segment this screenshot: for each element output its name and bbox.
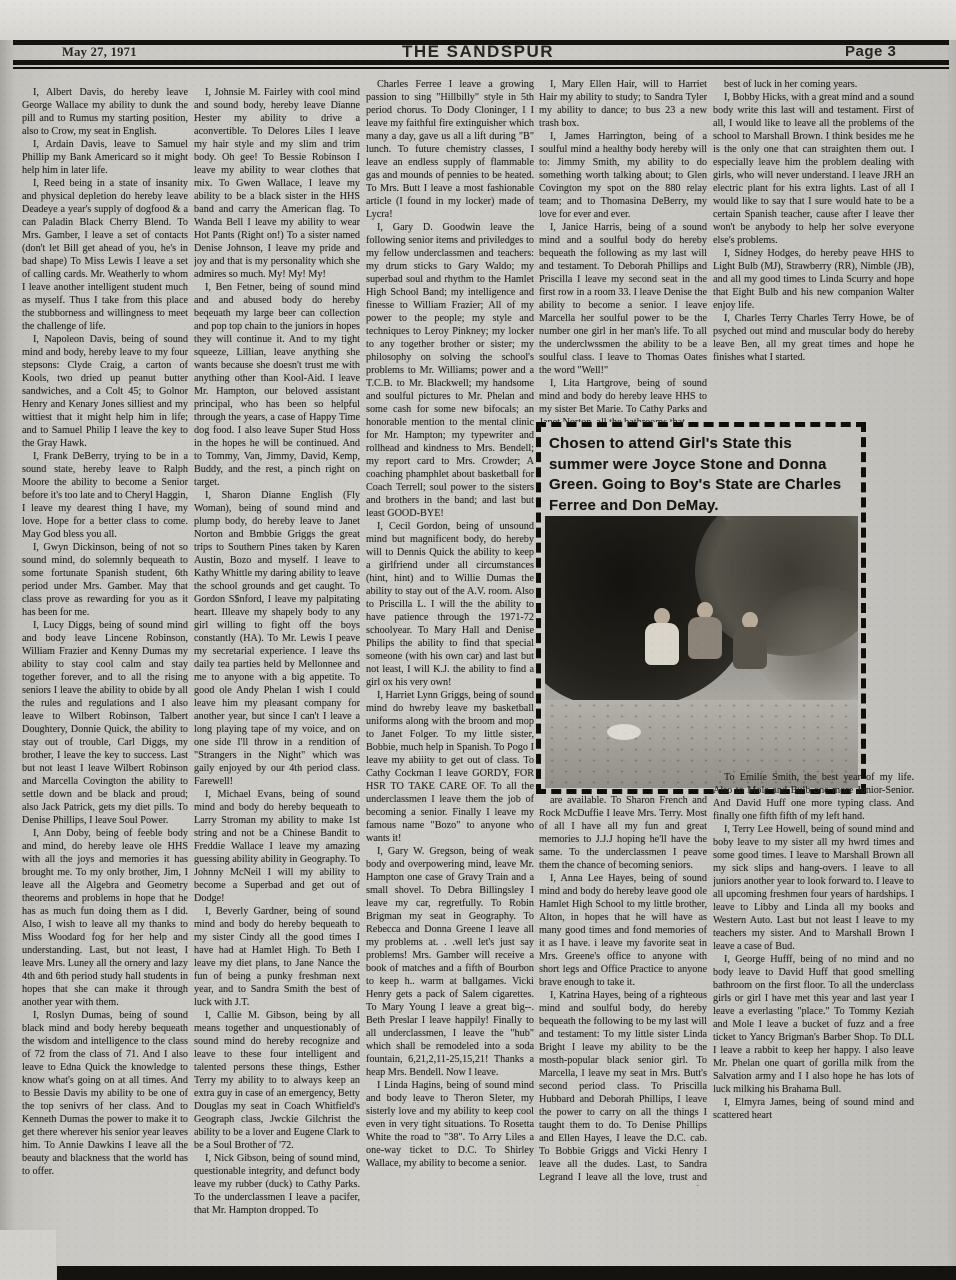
will-paragraph: I, Nick Gibson, being of sound mind, que… [194,1152,360,1217]
will-paragraph: I, Michael Evans, being of sound mind an… [194,788,360,905]
photo-person-1 [645,608,679,665]
scan-bottom-bar [57,1266,956,1280]
masthead: THE SANDSPUR [0,42,956,62]
will-paragraph: I, Lucy Diggs, being of sound mind and b… [22,619,188,827]
will-paragraph: I, Sidney Hodges, do hereby peave HHS to… [713,247,914,312]
photo-students-outdoors [545,516,858,788]
will-paragraph: I, George Hufff, being of no mind and no… [713,953,914,1096]
will-paragraph: I, Ardain Davis, leave to Samuel Phillip… [22,138,188,177]
will-paragraph: I, Lita Hartgrove, being of sound mind a… [539,377,707,422]
column-2-senior-wills: I, Johnsie M. Fairley with cool mind and… [194,86,360,1244]
column-3-senior-wills: Charles Ferree I leave a growing passion… [366,78,534,1228]
column-5-top-senior-wills: best of luck in her coming years.I, Bobb… [713,78,914,422]
photo-person-3 [733,612,767,669]
photo-caption: Chosen to attend Girl's State this summe… [541,427,861,516]
will-paragraph: I, Roslyn Dumas, being of sound black mi… [22,1009,188,1178]
will-paragraph: I, Gary D. Goodwin leave the following s… [366,221,534,520]
photo-person-3-torso [733,627,767,669]
will-paragraph: I Linda Hagins, being of sound mind and … [366,1079,534,1170]
will-paragraph: I, Frank DeBerry, trying to be in a soun… [22,450,188,541]
divider-rule-mid [13,60,949,65]
will-paragraph: I, Katrina Hayes, being of a righteous m… [539,989,707,1186]
column-4-top-senior-wills: I, Mary Ellen Hair, will to Harriet Hair… [539,78,707,422]
column-5-bottom-senior-wills: To Emilie Smith, the best year of my lif… [713,771,914,1253]
will-paragraph: I, Ann Doby, being of feeble body and mi… [22,827,188,1009]
will-paragraph: I, Charles Terry Charles Terry Howe, be … [713,312,914,364]
scan-top-margin [0,0,956,40]
will-paragraph: Charles Ferree I leave a growing passion… [366,78,534,221]
will-paragraph: I, James Harrington, being of a soulful … [539,130,707,221]
will-paragraph: To Emilie Smith, the best year of my lif… [713,771,914,823]
will-paragraph: I, Ben Fetner, being of sound mind and a… [194,281,360,489]
will-paragraph: I, Harriet Lynn Griggs, being of sound m… [366,689,534,845]
will-paragraph: I, Johnsie M. Fairley with cool mind and… [194,86,360,281]
will-paragraph: I, Cecil Gordon, being of unsound mind b… [366,520,534,689]
will-paragraph: I, Napoleon Davis, being of sound mind a… [22,333,188,450]
will-paragraph: I, Anna Lee Hayes, being of sound mind a… [539,872,707,989]
photo-person-1-torso [645,623,679,665]
will-paragraph: are available. To Sharon French and Rock… [539,794,707,872]
page-number: Page 3 [845,43,896,60]
will-paragraph: I, Albert Davis, do hereby leave George … [22,86,188,138]
divider-rule-thin [13,67,949,69]
will-paragraph: I, Callie M. Gibson, being by all means … [194,1009,360,1152]
will-paragraph: I, Beverly Gardner, being of sound mind … [194,905,360,1009]
will-paragraph: I, Elmyra James, being of sound mind and… [713,1096,914,1122]
photo-bright-spot [607,724,641,740]
will-paragraph: best of luck in her coming years. [713,78,914,91]
photo-person-2 [688,602,722,659]
will-paragraph: I, Gary W. Gregson, being of weak body a… [366,845,534,1079]
will-paragraph: I, Terry Lee Howell, being of sound mind… [713,823,914,953]
will-paragraph: I, Janice Harris, being of a sound mind … [539,221,707,377]
will-paragraph: I, Gwyn Dickinson, being of not so sound… [22,541,188,619]
will-paragraph: I, Sharon Dianne English (Fly Woman), be… [194,489,360,788]
will-paragraph: I, Mary Ellen Hair, will to Harriet Hair… [539,78,707,130]
newspaper-page: May 27, 1971 THE SANDSPUR Page 3 I, Albe… [0,0,956,1280]
column-1-senior-wills: I, Albert Davis, do hereby leave George … [22,86,188,1244]
photo-person-2-torso [688,617,722,659]
column-4-bottom-senior-wills: are available. To Sharon French and Rock… [539,794,707,1186]
will-paragraph: I, Reed being in a state of insanity and… [22,177,188,333]
will-paragraph: I, Bobby Hicks, with a great mind and a … [713,91,914,247]
scan-bottom-left-edge [0,1230,56,1280]
